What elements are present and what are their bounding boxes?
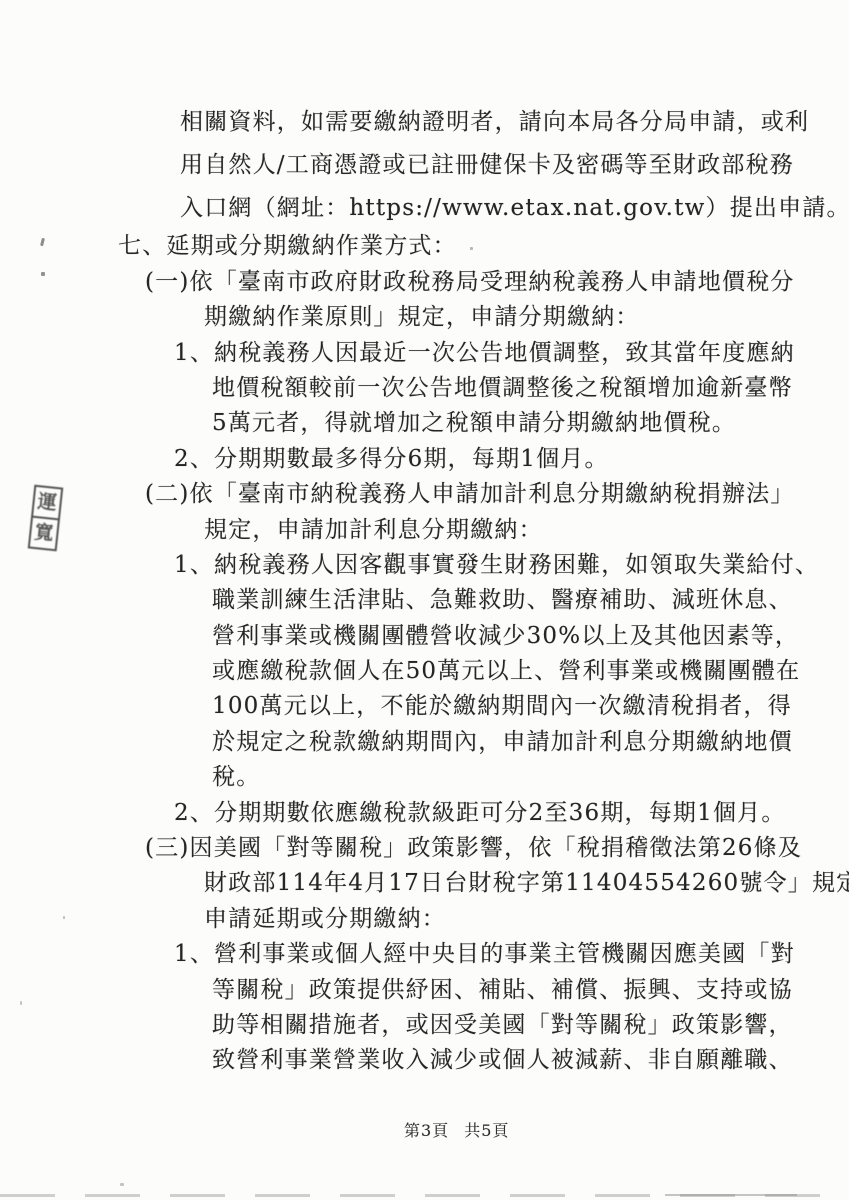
text-line: (三)因美國「對等關稅」政策影響，依「稅捐稽徵法第26條及	[0, 831, 849, 866]
text-line: 財政部114年4月17日台財稅字第11404554260號令」規定，	[0, 866, 849, 901]
text-line: 規定，申請加計利息分期繳納：	[0, 513, 849, 548]
text-line: 助等相關措施者，或因受美國「對等關稅」政策影響，	[0, 1008, 849, 1043]
text-line: 七、延期或分期繳納作業方式：	[0, 229, 849, 264]
scan-speck	[20, 1001, 22, 1005]
text-line: (一)依「臺南市政府財政稅務局受理納稅義務人申請地價稅分	[0, 265, 849, 300]
text-line: 職業訓練生活津貼、急難救助、醫療補助、減班休息、	[0, 583, 849, 618]
scanned-document-page: 運 寬 相關資料，如需要繳納證明者，請向本局各分局申請，或利用自然人/工商憑證或…	[0, 0, 849, 1200]
text-line: 5萬元者，得就增加之稅額申請分期繳納地價稅。	[0, 406, 849, 441]
scan-speck	[41, 272, 45, 276]
text-line: 期繳納作業原則」規定，申請分期繳納：	[0, 300, 849, 335]
text-line: 等關稅」政策提供紓困、補貼、補償、振興、支持或協	[0, 973, 849, 1008]
text-line: 2、分期期數依應繳稅款級距可分2至36期，每期1個月。	[0, 796, 849, 831]
text-line: 入口網（網址：https://www.etax.nat.gov.tw）提出申請。	[0, 187, 849, 230]
document-body: 相關資料，如需要繳納證明者，請向本局各分局申請，或利用自然人/工商憑證或已註冊健…	[0, 101, 849, 1079]
text-line: 相關資料，如需要繳納證明者，請向本局各分局申請，或利	[0, 101, 849, 144]
scan-speck	[63, 916, 65, 919]
text-line: 致營利事業營業收入減少或個人被減薪、非自願離職、	[0, 1043, 849, 1078]
text-line: 1、納稅義務人因最近一次公告地價調整，致其當年度應納	[0, 336, 849, 371]
text-line: 2、分期期數最多得分6期，每期1個月。	[0, 442, 849, 477]
text-line: 稅。	[0, 760, 849, 795]
scan-speck	[120, 1183, 124, 1186]
text-line: 1、營利事業或個人經中央目的事業主管機關因應美國「對	[0, 937, 849, 972]
text-line: 營利事業或機關團體營收減少30%以上及其他因素等，	[0, 619, 849, 654]
text-line: 或應繳稅款個人在50萬元以上、營利事業或機關團體在	[0, 654, 849, 689]
text-line: 用自然人/工商憑證或已註冊健保卡及密碼等至財政部稅務	[0, 144, 849, 187]
text-line: 1、納稅義務人因客觀事實發生財務困難，如領取失業給付、	[0, 548, 849, 583]
scan-speck	[470, 247, 473, 250]
text-line: 100萬元以上，不能於繳納期間內一次繳清稅捐者，得	[0, 689, 849, 724]
scan-bottom-edge-artifact	[665, 1194, 797, 1196]
text-line: (二)依「臺南市納稅義務人申請加計利息分期繳納稅捐辦法」	[0, 477, 849, 512]
text-line: 地價稅額較前一次公告地價調整後之稅額增加逾新臺幣	[0, 371, 849, 406]
page-number-label: 第3頁	[404, 1118, 449, 1141]
page-footer: 第3頁 共5頁	[404, 1118, 509, 1141]
page-total-label: 共5頁	[464, 1118, 509, 1141]
text-line: 於規定之稅款繳納期間內，申請加計利息分期繳納地價	[0, 725, 849, 760]
text-line: 申請延期或分期繳納：	[0, 902, 849, 937]
